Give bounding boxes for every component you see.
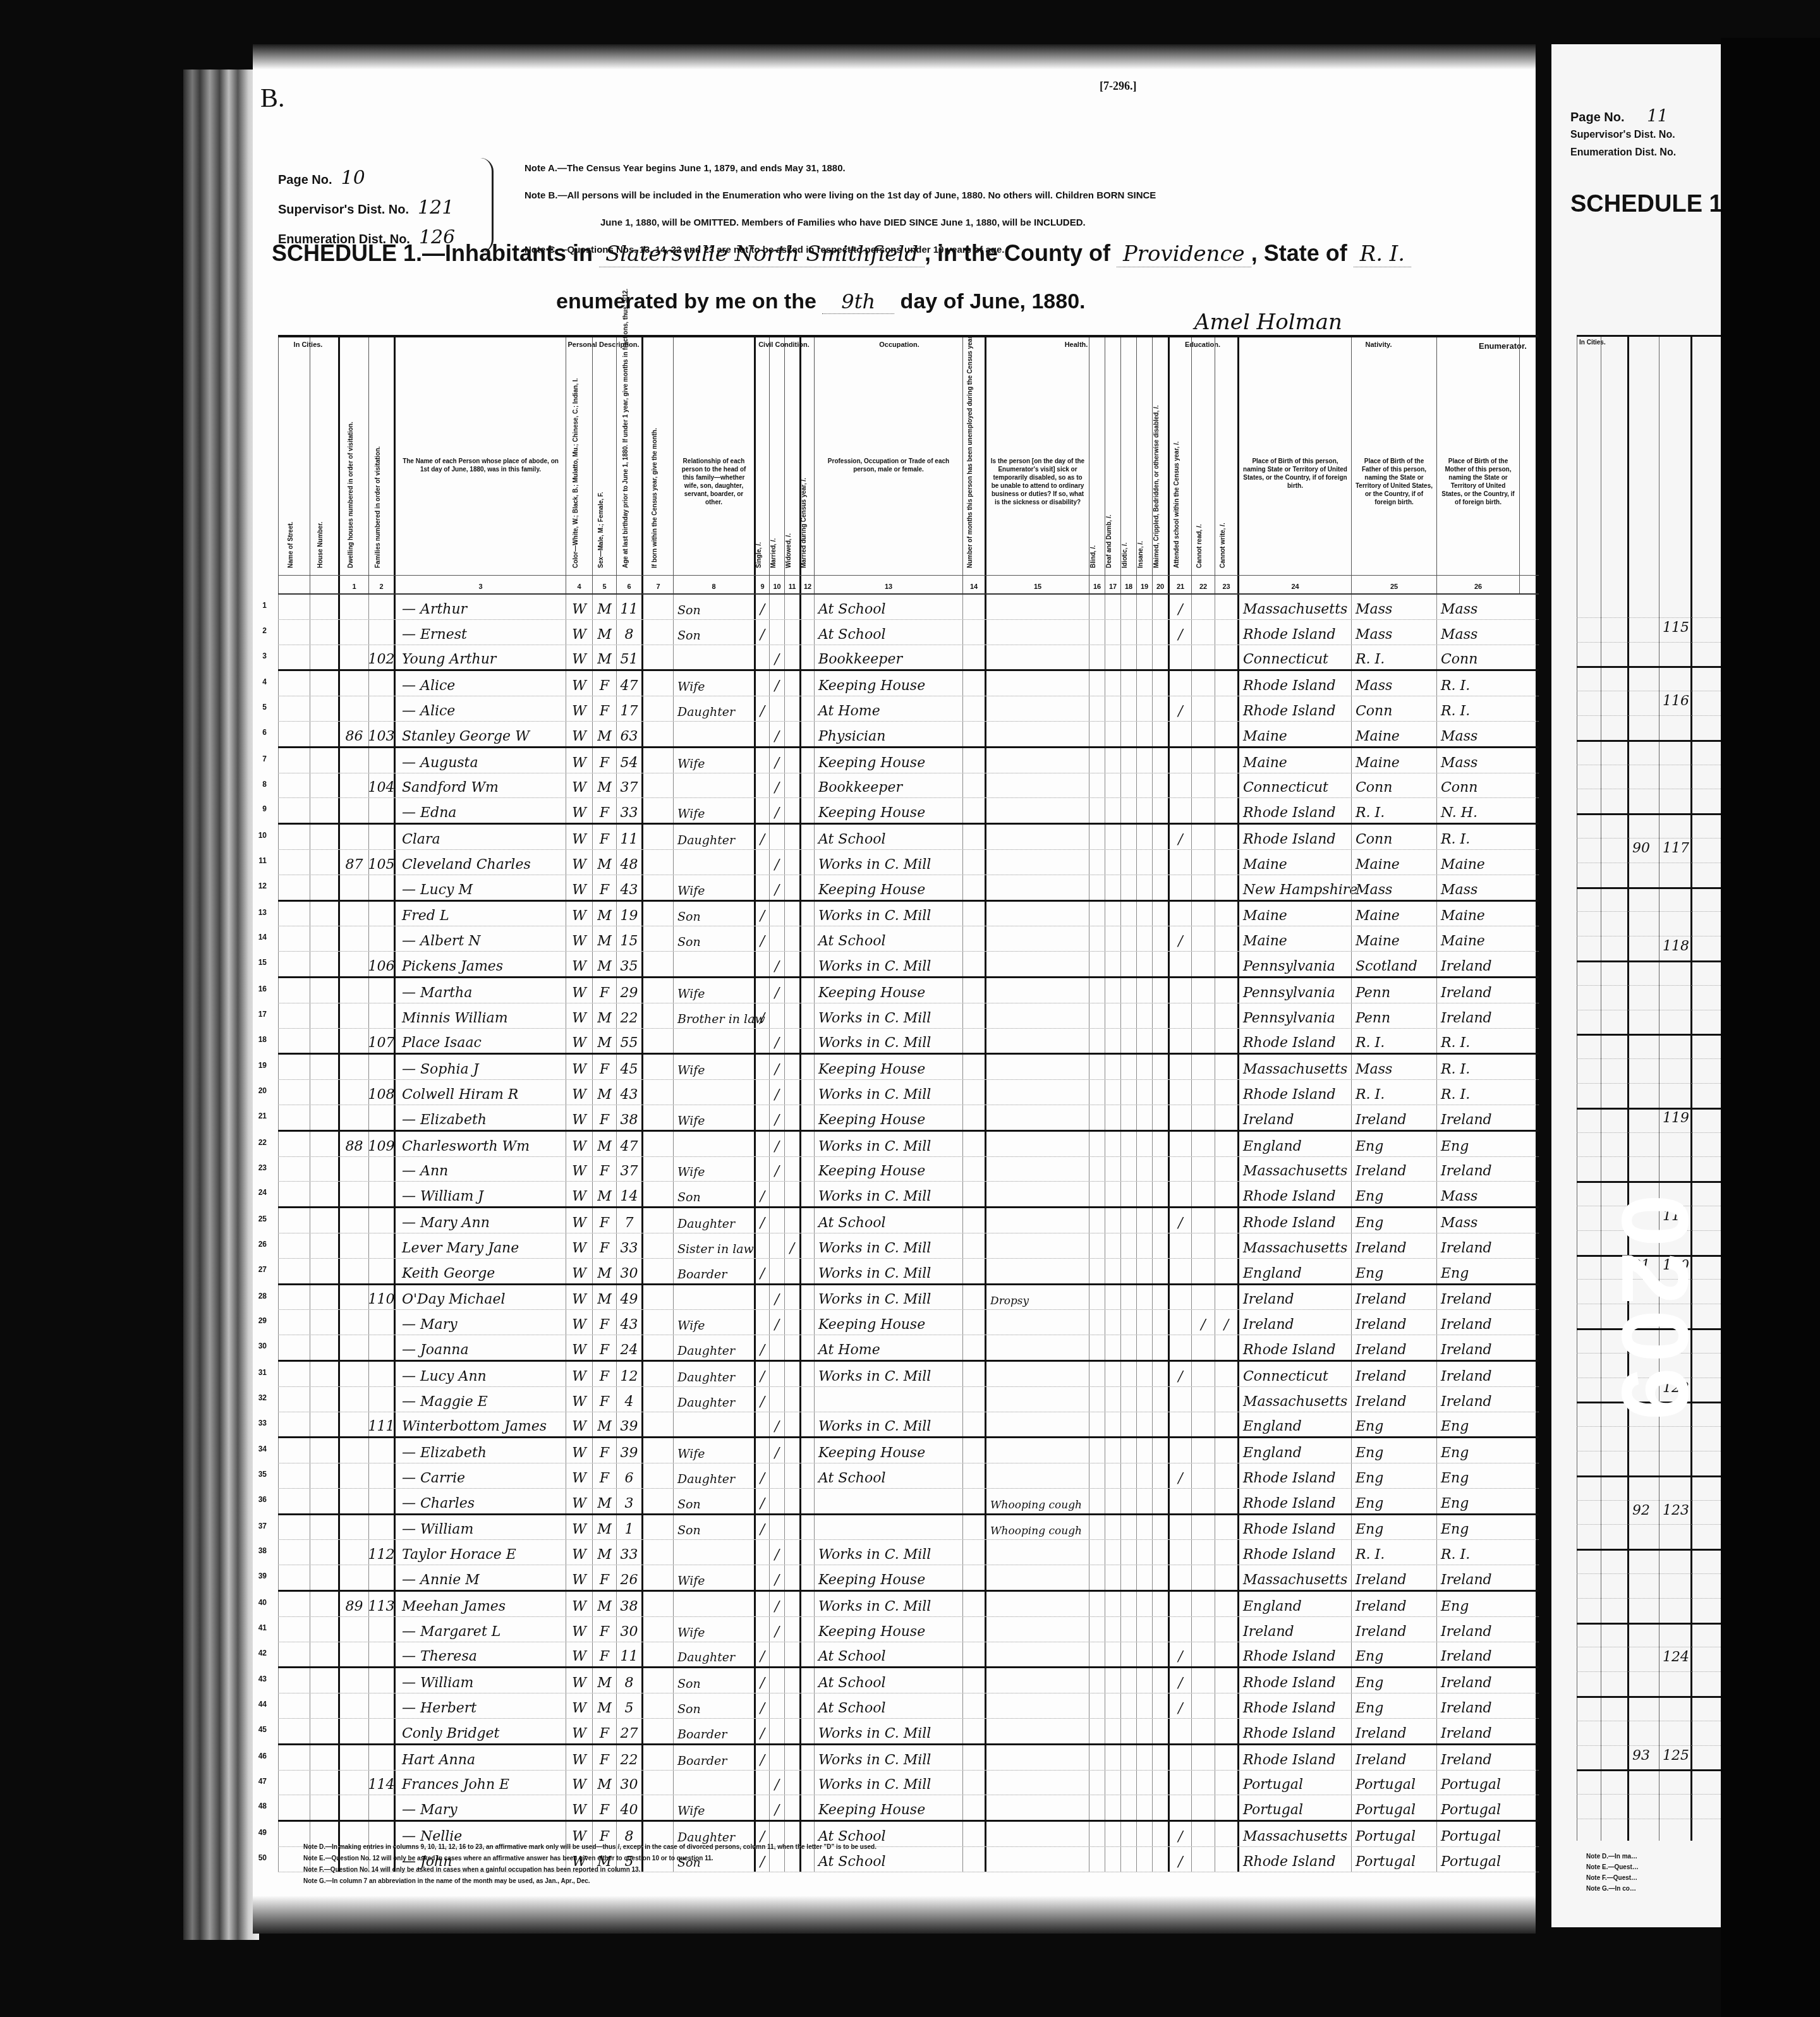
- cell-fbp: Maine: [1351, 748, 1436, 773]
- cell-bp: Portugal: [1237, 1795, 1351, 1820]
- col-1: Dwelling houses numbered in order of vis…: [338, 337, 368, 593]
- cell-mcy: [799, 1105, 814, 1130]
- table-row: 14— Albert NWM15Son/At School/MaineMaine…: [278, 926, 1539, 952]
- cell-sick: [985, 1233, 1089, 1258]
- cell-deaf: [1105, 1822, 1120, 1846]
- cell-maimed: [1152, 1642, 1168, 1667]
- cell-dwelling: [338, 1029, 368, 1053]
- cell-deaf: [1105, 1335, 1120, 1360]
- cell-single: [754, 1795, 769, 1820]
- next-enumeration-label: Enumeration Dist. No.: [1570, 144, 1676, 162]
- cell-single: [754, 798, 769, 823]
- next-note-d: Note D.—In ma…: [1586, 1851, 1639, 1862]
- cell-sick: [985, 1335, 1089, 1360]
- date-suffix: day of June, 1880.: [901, 289, 1086, 313]
- cell-unemp: [962, 1003, 985, 1028]
- cell-sex: F: [592, 798, 616, 823]
- cell-fbp: Eng: [1351, 1208, 1436, 1233]
- cell-fbp: Conn: [1351, 696, 1436, 721]
- cell-house: [310, 1693, 338, 1718]
- next-table-row: [1577, 1721, 1721, 1746]
- cell-sex: F: [592, 1642, 616, 1667]
- cell-sick: [985, 798, 1089, 823]
- next-table-row: [1577, 960, 1721, 986]
- cell-age: 29: [616, 978, 641, 1003]
- cell-age: 8: [616, 620, 641, 645]
- cell-name: — Ann: [394, 1157, 566, 1182]
- cell-deaf: [1105, 1771, 1120, 1795]
- cell-bp: Rhode Island: [1237, 1693, 1351, 1718]
- cell-sick: Whooping cough: [985, 1489, 1089, 1513]
- cell-month: [641, 1029, 673, 1053]
- cell-deaf: [1105, 1003, 1120, 1028]
- enumerator-signature: Amel Holman: [1194, 310, 1342, 335]
- cell-idiotic: [1120, 1412, 1136, 1437]
- cell-sex: F: [592, 1208, 616, 1233]
- cell-widowed: [784, 1132, 799, 1156]
- cell-single: [754, 1592, 769, 1616]
- cell-maimed: [1152, 1771, 1168, 1795]
- cell-cannot_write: [1215, 1489, 1237, 1513]
- cell-fbp: Ireland: [1351, 1745, 1436, 1770]
- cell-sick: [985, 1642, 1089, 1667]
- cell-fbp: Portugal: [1351, 1847, 1436, 1872]
- cell-unemp: [962, 1795, 985, 1820]
- cell-insane: [1136, 902, 1152, 926]
- cell-house: [310, 748, 338, 773]
- cell-idiotic: [1120, 1438, 1136, 1463]
- cell-insane: [1136, 1259, 1152, 1283]
- cell-school: /: [1168, 620, 1191, 645]
- cell-idiotic: [1120, 1259, 1136, 1283]
- cell-deaf: [1105, 1847, 1120, 1872]
- cell-fbp: Eng: [1351, 1132, 1436, 1156]
- cell-name: — William: [394, 1668, 566, 1693]
- cell-name: — Elizabeth: [394, 1105, 566, 1130]
- group-in-cities: In Cities.: [278, 341, 338, 349]
- cell-widowed: [784, 1745, 799, 1770]
- cell-family: [368, 1157, 394, 1182]
- cell-insane: [1136, 952, 1152, 976]
- next-table-row: [1577, 1671, 1721, 1698]
- row-number: 46: [248, 1752, 267, 1760]
- cell-deaf: [1105, 825, 1120, 849]
- cell-blind: [1089, 620, 1105, 645]
- cell-single: /: [754, 1208, 769, 1233]
- cell-cannot_read: [1191, 850, 1215, 875]
- table-row: 35— CarrieWF6Daughter/At School/Rhode Is…: [278, 1463, 1539, 1489]
- cell-mcy: [799, 1693, 814, 1718]
- cell-name: — Mary: [394, 1795, 566, 1820]
- note-b: Note B.—All persons will be included in …: [525, 182, 1156, 209]
- cell-school: /: [1168, 1847, 1191, 1872]
- cell-sex: F: [592, 1463, 616, 1488]
- col-15-label: Is the person [on the day of the Enumera…: [989, 457, 1086, 507]
- cell-cannot_read: [1191, 1515, 1215, 1540]
- cell-rel: Daughter: [673, 1387, 754, 1412]
- cell-rel: Wife: [673, 1157, 754, 1182]
- cell-cannot_read: [1191, 1182, 1215, 1206]
- col-17-label: Deaf and Dumb, /.: [1106, 515, 1113, 568]
- cell-married: /: [769, 1132, 784, 1156]
- cell-dwelling: [338, 1515, 368, 1540]
- col-8-label: Relationship of each person to the head …: [676, 457, 751, 507]
- enumeration-date-line: enumerated by me on the 9th day of June,…: [556, 289, 1086, 314]
- cell-family: [368, 1565, 394, 1590]
- cell-cannot_read: [1191, 671, 1215, 696]
- cell-unemp: [962, 1412, 985, 1437]
- cell-bp: Ireland: [1237, 1310, 1351, 1335]
- cell-maimed: [1152, 850, 1168, 875]
- cell-mcy: [799, 1438, 814, 1463]
- cell-idiotic: [1120, 1233, 1136, 1258]
- cell-mcy: [799, 1055, 814, 1079]
- cell-widowed: [784, 1310, 799, 1335]
- cell-school: [1168, 1795, 1191, 1820]
- cell-family: [368, 1233, 394, 1258]
- cell-unemp: [962, 1668, 985, 1693]
- cell-widowed: [784, 1285, 799, 1310]
- cell-unemp: [962, 850, 985, 875]
- cell-street: [278, 1438, 310, 1463]
- cell-color: W: [566, 926, 592, 951]
- next-table-row: [1577, 691, 1721, 716]
- county-value: Providence: [1117, 241, 1251, 267]
- cell-school: [1168, 1719, 1191, 1743]
- cell-deaf: [1105, 1080, 1120, 1105]
- cell-occ: At School: [814, 1463, 962, 1488]
- cell-name: Colwell Hiram R: [394, 1080, 566, 1105]
- cell-insane: [1136, 1208, 1152, 1233]
- cell-mbp: Ireland: [1436, 1362, 1520, 1386]
- cell-single: [754, 1565, 769, 1590]
- cell-single: /: [754, 1463, 769, 1488]
- cell-cannot_write: [1215, 798, 1237, 823]
- cell-bp: Rhode Island: [1237, 1719, 1351, 1743]
- cell-color: W: [566, 1795, 592, 1820]
- cell-school: /: [1168, 1668, 1191, 1693]
- cell-month: [641, 952, 673, 976]
- cell-dwelling: [338, 926, 368, 951]
- cell-mcy: [799, 1362, 814, 1386]
- cell-cannot_write: [1215, 926, 1237, 951]
- cell-age: 7: [616, 1208, 641, 1233]
- cell-age: 43: [616, 1310, 641, 1335]
- cell-single: [754, 1438, 769, 1463]
- cell-house: [310, 1412, 338, 1437]
- row-number: 6: [248, 728, 267, 737]
- cell-age: 24: [616, 1335, 641, 1360]
- cell-insane: [1136, 1387, 1152, 1412]
- next-family-number: 115: [1663, 620, 1689, 636]
- cell-house: [310, 1592, 338, 1616]
- cell-age: 8: [616, 1668, 641, 1693]
- cell-widowed: [784, 1055, 799, 1079]
- cell-mcy: [799, 1771, 814, 1795]
- cell-bp: Rhode Island: [1237, 620, 1351, 645]
- cell-school: [1168, 1233, 1191, 1258]
- footnotes: Note D.—In making entries in columns 9, …: [303, 1842, 877, 1887]
- cell-sick: [985, 1157, 1089, 1182]
- row-number: 13: [248, 908, 267, 917]
- cell-deaf: [1105, 1617, 1120, 1642]
- cell-school: [1168, 722, 1191, 746]
- col-8: Relationship of each person to the head …: [673, 337, 754, 593]
- cell-sex: M: [592, 1668, 616, 1693]
- cell-house: [310, 1771, 338, 1795]
- cell-school: [1168, 1285, 1191, 1310]
- next-table-row: [1577, 936, 1721, 962]
- cell-school: [1168, 1540, 1191, 1565]
- cell-blind: [1089, 773, 1105, 798]
- col-street: Name of Street.: [278, 337, 310, 593]
- cell-family: [368, 978, 394, 1003]
- cell-blind: [1089, 1157, 1105, 1182]
- schedule-title-line: SCHEDULE 1.—Inhabitants in Slatersville …: [272, 240, 1411, 267]
- cell-widowed: [784, 978, 799, 1003]
- table-row: 16— MarthaWF29Wife/Keeping HousePennsylv…: [278, 978, 1539, 1003]
- cell-month: [641, 620, 673, 645]
- footnote-e: Note E.—Question No. 12 will only be ask…: [303, 1853, 877, 1865]
- cell-color: W: [566, 1029, 592, 1053]
- column-number-row: [278, 575, 1539, 593]
- row-number: 48: [248, 1802, 267, 1810]
- cell-married: /: [769, 1771, 784, 1795]
- cell-maimed: [1152, 1335, 1168, 1360]
- cell-blind: [1089, 671, 1105, 696]
- cell-age: 47: [616, 671, 641, 696]
- cell-street: [278, 645, 310, 670]
- cell-cannot_read: [1191, 1540, 1215, 1565]
- cell-family: 103: [368, 722, 394, 746]
- cell-bp: Rhode Island: [1237, 798, 1351, 823]
- cell-rel: Son: [673, 1668, 754, 1693]
- next-table-row: [1577, 1794, 1721, 1819]
- cell-unemp: [962, 978, 985, 1003]
- cell-bp: Rhode Island: [1237, 696, 1351, 721]
- cell-sick: [985, 1565, 1089, 1590]
- col-22: Cannot read, /.22: [1191, 337, 1215, 593]
- cell-mbp: Ireland: [1436, 1693, 1520, 1718]
- cell-house: [310, 696, 338, 721]
- cell-family: [368, 875, 394, 900]
- cell-married: /: [769, 1285, 784, 1310]
- cell-idiotic: [1120, 1055, 1136, 1079]
- cell-unemp: [962, 595, 985, 619]
- row-number: 45: [248, 1725, 267, 1734]
- cell-bp: Connecticut: [1237, 645, 1351, 670]
- cell-age: 49: [616, 1285, 641, 1310]
- cell-mbp: N. H.: [1436, 798, 1520, 823]
- cell-color: W: [566, 1489, 592, 1513]
- cell-mbp: Eng: [1436, 1438, 1520, 1463]
- cell-family: [368, 1668, 394, 1693]
- cell-street: [278, 1795, 310, 1820]
- cell-dwelling: [338, 1489, 368, 1513]
- cell-month: [641, 1055, 673, 1079]
- cell-widowed: [784, 696, 799, 721]
- cell-name: Conly Bridget: [394, 1719, 566, 1743]
- row-number: 17: [248, 1010, 267, 1019]
- cell-cannot_write: [1215, 1463, 1237, 1488]
- cell-mcy: [799, 1310, 814, 1335]
- row-number: 21: [248, 1111, 267, 1120]
- cell-sex: F: [592, 875, 616, 900]
- cell-sick: [985, 902, 1089, 926]
- cell-rel: Daughter: [673, 1362, 754, 1386]
- cell-idiotic: [1120, 1592, 1136, 1616]
- cell-deaf: [1105, 1642, 1120, 1667]
- col-2: Families numbered in order of visitation…: [368, 337, 394, 593]
- cell-sex: M: [592, 1285, 616, 1310]
- cell-color: W: [566, 1003, 592, 1028]
- cell-sick: [985, 1412, 1089, 1437]
- cell-color: W: [566, 1080, 592, 1105]
- cell-month: [641, 1080, 673, 1105]
- cell-insane: [1136, 1822, 1152, 1846]
- cell-month: [641, 1617, 673, 1642]
- cell-house: [310, 1310, 338, 1335]
- cell-house: [310, 1387, 338, 1412]
- cell-idiotic: [1120, 1387, 1136, 1412]
- cell-street: [278, 902, 310, 926]
- col-10-label: Married, /.: [770, 538, 777, 568]
- cell-blind: [1089, 1310, 1105, 1335]
- cell-single: [754, 1285, 769, 1310]
- cell-age: 38: [616, 1105, 641, 1130]
- cell-maimed: [1152, 875, 1168, 900]
- cell-house: [310, 1208, 338, 1233]
- cell-street: [278, 748, 310, 773]
- table-row: 43— WilliamWM8Son/At School/Rhode Island…: [278, 1668, 1539, 1693]
- cell-unemp: [962, 952, 985, 976]
- next-family-number: 118: [1663, 938, 1689, 954]
- supervisor-value: 121: [418, 197, 454, 219]
- cell-month: [641, 1438, 673, 1463]
- cell-mbp: Portugal: [1436, 1847, 1520, 1872]
- cell-mcy: [799, 671, 814, 696]
- cell-street: [278, 1771, 310, 1795]
- cell-school: [1168, 1259, 1191, 1283]
- cell-bp: Maine: [1237, 722, 1351, 746]
- cell-bp: Rhode Island: [1237, 1668, 1351, 1693]
- cell-occ: Keeping House: [814, 1438, 962, 1463]
- next-table-row: [1577, 1549, 1721, 1574]
- cell-sex: F: [592, 671, 616, 696]
- cell-insane: [1136, 748, 1152, 773]
- cell-sex: F: [592, 1105, 616, 1130]
- cell-blind: [1089, 696, 1105, 721]
- cell-name: Meehan James: [394, 1592, 566, 1616]
- cell-unemp: [962, 1847, 985, 1872]
- cell-mcy: [799, 595, 814, 619]
- cell-mcy: [799, 1233, 814, 1258]
- meta-brace: [480, 158, 494, 253]
- cell-idiotic: [1120, 1745, 1136, 1770]
- cell-school: [1168, 1438, 1191, 1463]
- cell-widowed: [784, 1003, 799, 1028]
- cell-deaf: [1105, 1565, 1120, 1590]
- cell-mbp: Eng: [1436, 1132, 1520, 1156]
- cell-street: [278, 1285, 310, 1310]
- next-family-number: 123: [1663, 1503, 1689, 1518]
- cell-dwelling: [338, 1693, 368, 1718]
- footnote-f: Note F.—Question No. 14 will only be ask…: [303, 1865, 877, 1876]
- col-13: Profession, Occupation or Trade of each …: [814, 337, 962, 593]
- cell-single: /: [754, 1719, 769, 1743]
- cell-deaf: [1105, 1055, 1120, 1079]
- col-3-label: The Name of each Person whose place of a…: [398, 457, 563, 474]
- cell-mbp: Ireland: [1436, 1719, 1520, 1743]
- row-number: 32: [248, 1393, 267, 1402]
- cell-occ: Works in C. Mill: [814, 850, 962, 875]
- cell-color: W: [566, 952, 592, 976]
- cell-mcy: [799, 1565, 814, 1590]
- cell-mcy: [799, 645, 814, 670]
- cell-dwelling: [338, 978, 368, 1003]
- col-15: Is the person [on the day of the Enumera…: [985, 337, 1089, 593]
- cell-idiotic: [1120, 1540, 1136, 1565]
- cell-insane: [1136, 875, 1152, 900]
- cell-deaf: [1105, 850, 1120, 875]
- row-number: 38: [248, 1546, 267, 1555]
- cell-maimed: [1152, 798, 1168, 823]
- cell-cannot_write: [1215, 1515, 1237, 1540]
- next-table-row: [1577, 1451, 1721, 1477]
- cell-dwelling: [338, 1233, 368, 1258]
- cell-sex: M: [592, 1592, 616, 1616]
- row-number: 4: [248, 677, 267, 686]
- cell-school: [1168, 1080, 1191, 1105]
- row-number: 41: [248, 1623, 267, 1632]
- cell-fbp: Ireland: [1351, 1387, 1436, 1412]
- cell-maimed: [1152, 1387, 1168, 1412]
- cell-dwelling: [338, 1617, 368, 1642]
- cell-name: Lever Mary Jane: [394, 1233, 566, 1258]
- cell-house: [310, 773, 338, 798]
- cell-insane: [1136, 645, 1152, 670]
- cell-street: [278, 1565, 310, 1590]
- cell-single: [754, 773, 769, 798]
- county-label: , in the County of: [925, 240, 1110, 266]
- cell-married: [769, 1719, 784, 1743]
- cell-maimed: [1152, 978, 1168, 1003]
- col-house-label: House Number.: [317, 522, 324, 568]
- cell-dwelling: [338, 1540, 368, 1565]
- col-26: Place of Birth of the Mother of this per…: [1436, 337, 1520, 593]
- cell-dwelling: [338, 1208, 368, 1233]
- cell-dwelling: [338, 1438, 368, 1463]
- cell-rel: Son: [673, 595, 754, 619]
- cell-fbp: Eng: [1351, 1438, 1436, 1463]
- cell-cannot_read: [1191, 1208, 1215, 1233]
- cell-widowed: [784, 825, 799, 849]
- cell-mbp: Eng: [1436, 1515, 1520, 1540]
- cell-insane: [1136, 1335, 1152, 1360]
- cell-rel: [673, 1592, 754, 1616]
- col-16-label: Blind, /.: [1090, 545, 1097, 568]
- cell-name: Cleveland Charles: [394, 850, 566, 875]
- table-row: 48— MaryWF40Wife/Keeping HousePortugalPo…: [278, 1795, 1539, 1822]
- cell-school: /: [1168, 825, 1191, 849]
- cell-insane: [1136, 1029, 1152, 1053]
- cell-single: /: [754, 1259, 769, 1283]
- cell-cannot_read: [1191, 798, 1215, 823]
- cell-unemp: [962, 1285, 985, 1310]
- col-13-label: Profession, Occupation or Trade of each …: [817, 457, 960, 474]
- cell-sick: [985, 1463, 1089, 1488]
- cell-single: /: [754, 1003, 769, 1028]
